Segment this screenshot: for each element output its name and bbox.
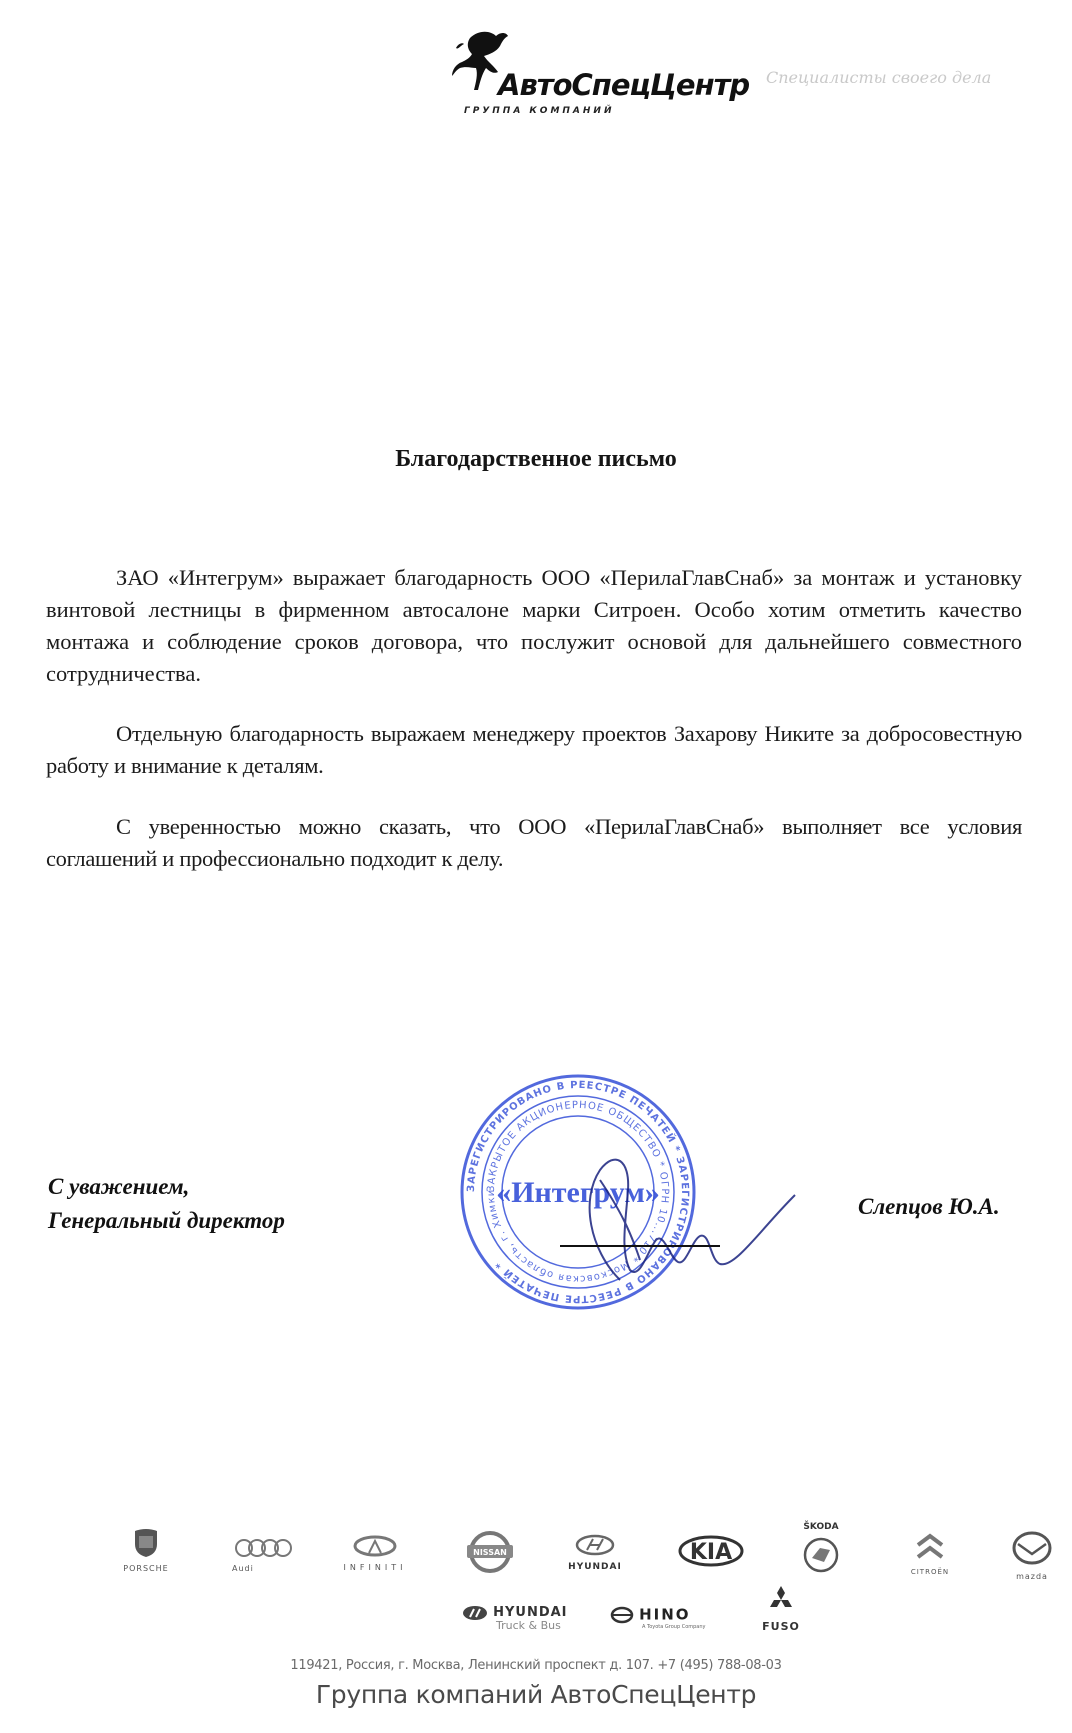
brand-hyundai-truck: HYUNDAI Truck & Bus bbox=[462, 1602, 582, 1632]
hino-emblem-icon bbox=[610, 1606, 634, 1624]
brand-hyundai: HYUNDAI bbox=[560, 1534, 630, 1572]
brand-nissan: NISSAN bbox=[462, 1530, 518, 1578]
porsche-crest-icon bbox=[133, 1528, 159, 1558]
paragraph-text: Отдельную благодарность выражаем менедже… bbox=[46, 718, 1022, 782]
letter-paragraph-2: Отдельную благодарность выражаем менедже… bbox=[46, 718, 1022, 782]
audi-rings-icon bbox=[234, 1538, 294, 1558]
company-name: АвтоСпецЦентр bbox=[498, 68, 749, 102]
infiniti-emblem-icon bbox=[353, 1535, 397, 1557]
svg-text:NISSAN: NISSAN bbox=[473, 1548, 507, 1557]
letter-title: Благодарственное письмо bbox=[0, 446, 1072, 473]
company-logo: АвтоСпецЦентр ГРУППА КОМПАНИЙ bbox=[450, 28, 750, 118]
brand-fuso: FUSO bbox=[756, 1586, 806, 1633]
citroen-chevrons-icon bbox=[915, 1532, 945, 1562]
mazda-emblem-icon bbox=[1011, 1530, 1053, 1566]
company-address: 119421, Россия, г. Москва, Ленинский про… bbox=[0, 1658, 1072, 1673]
letter-paragraph-1: ЗАО «Интегрум» выражает благодарность ОО… bbox=[46, 562, 1022, 690]
brand-audi: Audi bbox=[232, 1538, 296, 1573]
closing-block: С уважением, Генеральный директор bbox=[48, 1170, 285, 1238]
brand-hino: HINO A Toyota Group Company bbox=[610, 1604, 720, 1630]
mitsubishi-diamonds-icon bbox=[767, 1586, 795, 1614]
brand-infiniti: INFINITI bbox=[335, 1535, 415, 1572]
brand-porsche: PORSCHE bbox=[108, 1528, 184, 1573]
nissan-emblem-icon: NISSAN bbox=[466, 1530, 514, 1574]
paragraph-text: ЗАО «Интегрум» выражает благодарность ОО… bbox=[46, 562, 1022, 690]
brand-skoda: ŠKODA bbox=[796, 1522, 846, 1578]
closing-salutation: С уважением, bbox=[48, 1170, 285, 1204]
letter-paragraph-3: С уверенностью можно сказать, что ООО «П… bbox=[46, 811, 1022, 875]
hyundai-emblem-icon bbox=[462, 1605, 488, 1621]
skoda-emblem-icon bbox=[802, 1536, 840, 1574]
paragraph-text: С уверенностью можно сказать, что ООО «П… bbox=[46, 811, 1022, 875]
kia-oval-icon: KIA bbox=[677, 1534, 745, 1568]
handwritten-signature bbox=[560, 1140, 830, 1290]
signer-name: Слепцов Ю.А. bbox=[858, 1194, 1000, 1220]
company-subtitle: ГРУППА КОМПАНИЙ bbox=[464, 106, 615, 116]
brand-kia: KIA bbox=[676, 1534, 746, 1572]
svg-text:KIA: KIA bbox=[690, 1540, 732, 1565]
brand-mazda: mazda bbox=[1004, 1530, 1060, 1581]
company-group-name: Группа компаний АвтоСпецЦентр bbox=[0, 1680, 1072, 1709]
hyundai-emblem-icon bbox=[575, 1534, 615, 1556]
tagline: Специалисты своего дела bbox=[766, 68, 991, 87]
brand-citroen: CITROËN bbox=[900, 1532, 960, 1576]
signer-position: Генеральный директор bbox=[48, 1204, 285, 1238]
